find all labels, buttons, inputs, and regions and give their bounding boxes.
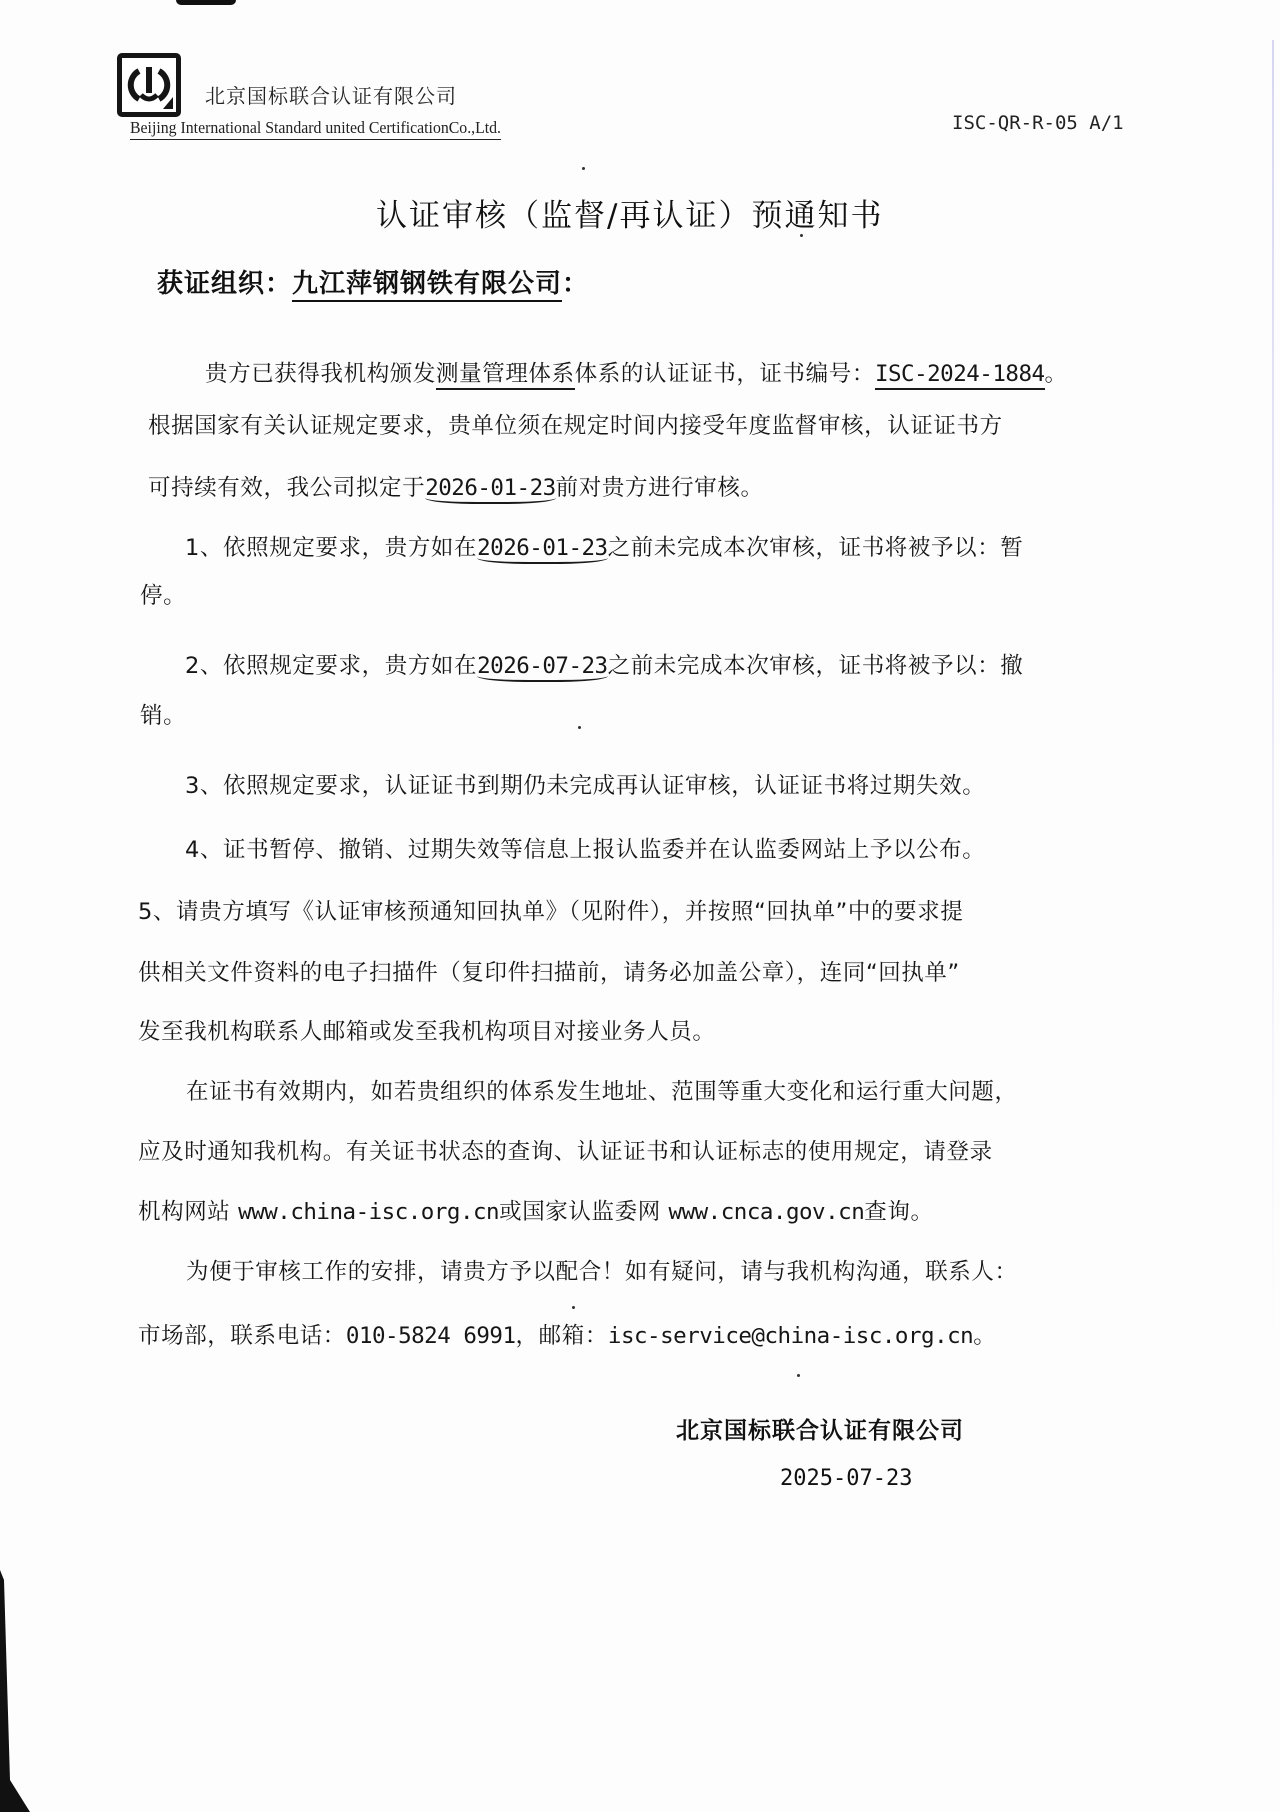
- scan-shadow: [176, 0, 236, 5]
- isc-website: www.china-isc.org.cn: [238, 1199, 499, 1225]
- item-text: 1、依照规定要求，贵方如在: [185, 535, 477, 561]
- recipient-org: 九江萍钢钢铁有限公司: [292, 269, 562, 302]
- document-page: 北京国标联合认证有限公司 Beijing International Stand…: [0, 0, 1280, 1812]
- isc-logo-icon: [117, 53, 181, 117]
- intro-text: 贵方已获得我机构颁发: [205, 361, 436, 387]
- intro-line-3: 可持续有效，我公司拟定于2026-01-23前对贵方进行审核。: [148, 470, 764, 502]
- validity-text: 机构网站: [138, 1199, 238, 1225]
- intro-text: 。: [1045, 361, 1068, 387]
- contact-line-1: 为便于审核工作的安排，请贵方予以配合！如有疑问，请与我机构沟通，联系人：: [186, 1254, 1018, 1286]
- item-2-line-1: 2、依照规定要求，贵方如在2026-07-23之前未完成本次审核，证书将被予以：…: [185, 648, 1023, 680]
- contact-text: 。: [973, 1323, 996, 1349]
- contact-text: ，邮箱：: [516, 1323, 608, 1349]
- item-text: 2、依照规定要求，贵方如在: [185, 653, 477, 679]
- header-org-name-en: Beijing International Standard united Ce…: [130, 118, 501, 140]
- signature-date: 2025-07-23: [780, 1466, 912, 1491]
- item-5-line-1: 5、请贵方填写《认证审核预通知回执单》（见附件），并按照“回执单”中的要求提: [138, 894, 963, 926]
- intro-line-2: 根据国家有关认证规定要求，贵单位须在规定时间内接受年度监督审核，认证证书方: [148, 408, 1003, 440]
- recipient-label: 获证组织：: [157, 269, 292, 299]
- recipient-line: 获证组织：九江萍钢钢铁有限公司：: [157, 263, 589, 300]
- scan-speck: [797, 1374, 800, 1377]
- signature-org: 北京国标联合认证有限公司: [676, 1412, 964, 1445]
- item-1-line-1: 1、依照规定要求，贵方如在2026-01-23之前未完成本次审核，证书将被予以：…: [185, 530, 1023, 562]
- management-system-name: 测量管理体系: [436, 361, 575, 390]
- intro-text: 前对贵方进行审核。: [556, 475, 764, 501]
- validity-line-2: 应及时通知我机构。有关证书状态的查询、认证证书和认证标志的使用规定，请登录: [138, 1134, 993, 1166]
- certificate-number: ISC-2024-1884: [875, 361, 1045, 390]
- validity-text: 或国家认监委网: [499, 1199, 668, 1225]
- item-1-line-2: 停。: [140, 578, 186, 610]
- scan-speck: [578, 726, 581, 729]
- item-2-line-2: 销。: [140, 698, 186, 730]
- intro-text: 体系的认证证书，证书编号：: [575, 361, 875, 387]
- document-title: 认证审核（监督/再认证）预通知书: [376, 190, 883, 235]
- paper-edge: [1272, 40, 1274, 1340]
- suspension-date: 2026-01-23: [477, 535, 607, 564]
- scan-speck: [582, 167, 585, 170]
- revocation-date: 2026-07-23: [477, 653, 607, 682]
- item-text: 之前未完成本次审核，证书将被予以：暂: [608, 535, 1024, 561]
- contact-text: 市场部，联系电话：: [138, 1323, 346, 1349]
- item-3: 3、依照规定要求，认证证书到期仍未完成再认证审核，认证证书将过期失效。: [185, 768, 985, 800]
- contact-phone: 010-5824 6991: [346, 1323, 516, 1349]
- cnca-website: www.cnca.gov.cn: [669, 1199, 865, 1225]
- item-text: 之前未完成本次审核，证书将被予以：撤: [608, 653, 1024, 679]
- validity-text: 查询。: [864, 1199, 933, 1225]
- item-5-line-3: 发至我机构联系人邮箱或发至我机构项目对接业务人员。: [138, 1014, 716, 1046]
- scan-speck: [800, 234, 803, 237]
- scan-speck: [572, 1306, 575, 1309]
- item-5-line-2: 供相关文件资料的电子扫描件（复印件扫描前，请务必加盖公章），连同“回执单”: [138, 955, 960, 987]
- header-org-name-cn: 北京国标联合认证有限公司: [205, 80, 457, 109]
- recipient-suffix: ：: [562, 269, 589, 299]
- validity-line-1: 在证书有效期内，如若贵组织的体系发生地址、范围等重大变化和运行重大问题，: [186, 1074, 1018, 1106]
- document-code: ISC-QR-R-05 A/1: [952, 112, 1124, 134]
- intro-line-1: 贵方已获得我机构颁发测量管理体系体系的认证证书，证书编号：ISC-2024-18…: [205, 356, 1068, 388]
- intro-text: 可持续有效，我公司拟定于: [148, 475, 425, 501]
- validity-line-3: 机构网站 www.china-isc.org.cn或国家认监委网 www.cnc…: [138, 1194, 934, 1226]
- contact-line-2: 市场部，联系电话：010-5824 6991，邮箱：isc-service@ch…: [138, 1318, 996, 1350]
- item-4: 4、证书暂停、撤销、过期失效等信息上报认监委并在认监委网站上予以公布。: [185, 832, 985, 864]
- contact-email: isc-service@china-isc.org.cn: [608, 1323, 973, 1349]
- audit-deadline-date: 2026-01-23: [425, 475, 555, 504]
